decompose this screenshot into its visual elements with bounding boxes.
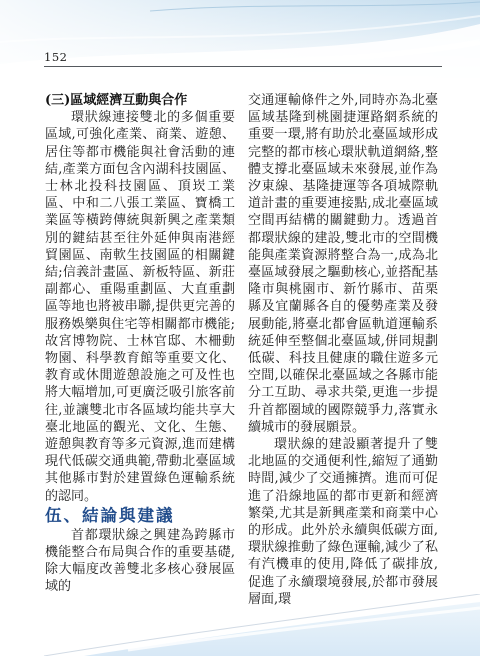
document-page: 152 (三)區域經濟互動與合作 環狀線連接雙北的多個重要區域,可強化產業、商業… (0, 0, 480, 656)
body-paragraph: 首都環狀線之興建為跨縣市機能整合布局與合作的重要基礎,除大幅度改善雙北多核心發展… (45, 527, 235, 596)
page-number: 152 (44, 50, 67, 64)
body-paragraph: 交通運輸條件之外,同時亦為北臺區域基隆到桃園捷運路網系統的重要一環,將有助於北臺… (248, 92, 438, 436)
header-rule (44, 66, 442, 67)
body-paragraph: 環狀線的建設顯著提升了雙北地區的交通便利性,縮短了通勤時間,減少了交通擁擠。進而… (248, 436, 438, 608)
section-heading: 伍、結論與建議 (45, 505, 235, 527)
right-column: 交通運輸條件之外,同時亦為北臺區域基隆到桃園捷運路網系統的重要一環,將有助於北臺… (248, 92, 438, 608)
body-paragraph: 環狀線連接雙北的多個重要區域,可強化產業、商業、遊憩、居住等都市機能與社會活動的… (45, 109, 235, 505)
left-column: (三)區域經濟互動與合作 環狀線連接雙北的多個重要區域,可強化產業、商業、遊憩、… (45, 92, 235, 596)
subsection-heading: (三)區域經濟互動與合作 (45, 92, 235, 109)
top-wave-decoration (0, 0, 480, 95)
